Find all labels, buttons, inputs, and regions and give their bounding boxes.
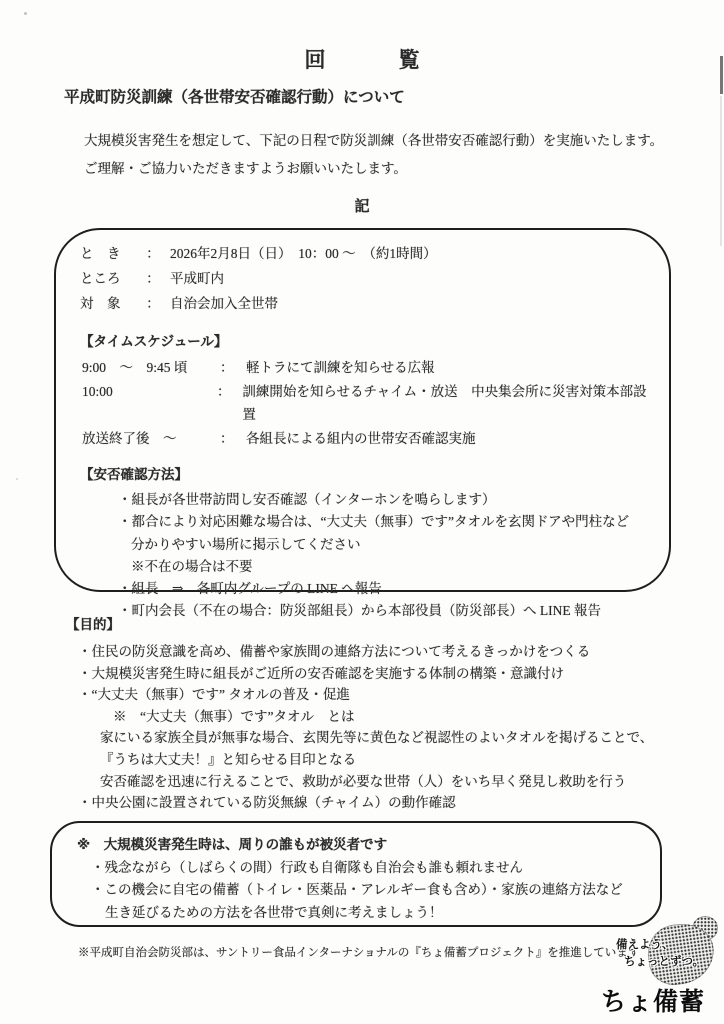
schedule-time: 9:00 ～ 9:45 頃 bbox=[82, 356, 220, 380]
warning-box: ※ 大規模災害発生時は、周りの誰もが被災者です ・残念ながら（しばらくの間）行政… bbox=[50, 821, 662, 927]
info-value: 自治会加入全世帯 bbox=[170, 291, 278, 316]
scan-artifact bbox=[720, 96, 722, 246]
schedule-row: 9:00 ～ 9:45 頃 ： 軽トラにて訓練を知らせる広報 bbox=[82, 356, 651, 380]
safety-check-line: 分かりやすい場所に掲示してください bbox=[118, 534, 651, 556]
purpose-line: ※ “大丈夫（無事）です”タオル とは bbox=[66, 706, 704, 728]
purpose-line: 安否確認を迅速に行えることで、救助が必要な世帯（人）をいち早く発見し救助を行う bbox=[66, 771, 704, 793]
time-schedule-heading: 【タイムスケジュール】 bbox=[80, 331, 651, 353]
schedule-colon: ： bbox=[220, 427, 246, 451]
record-marker: 記 bbox=[0, 195, 724, 216]
notice-subject: 平成町防災訓練（各世帯安否確認行動）について bbox=[64, 85, 405, 107]
purpose-section: 【目的】 ・住民の防災意識を高め、備蓄や家族間の連絡方法について考えるきっかけを… bbox=[66, 614, 704, 814]
purpose-heading: 【目的】 bbox=[66, 614, 704, 636]
warning-line: ・残念ながら（しばらくの間）行政も自衛隊も自治会も誰も頼れません bbox=[77, 857, 644, 880]
info-colon: ： bbox=[136, 291, 170, 316]
warning-line: ※ 大規模災害発生時は、周りの誰もが被災者です bbox=[77, 834, 644, 857]
safety-check-heading: 【安否確認方法】 bbox=[80, 464, 651, 486]
info-value: 2026年2月8日（日） 10：00 ～ （約1時間） bbox=[170, 241, 437, 266]
purpose-line: 家にいる家族全員が無事な場合、玄関先等に黄色など視認性のよいタオルを掲げることで… bbox=[66, 727, 704, 749]
safety-check-line: ・組長 ⇒ 各町内グループの LINE へ報告 bbox=[118, 578, 651, 600]
warning-line: 生き延びるための方法を各世帯で真剣に考えましょう！ bbox=[77, 902, 644, 925]
logo-tagline: ちょっとずつ。 bbox=[624, 953, 704, 969]
intro-line: 大規模災害発生を想定して、下記の日程で防災訓練（各世帯安否確認行動）を実施いたし… bbox=[84, 127, 696, 155]
scan-artifact bbox=[24, 12, 27, 15]
purpose-line: ・大規模災害発生時に組長がご近所の安否確認を実施する体制の構築・意識付け bbox=[66, 663, 704, 685]
scan-artifact bbox=[16, 478, 18, 480]
intro-line: ご理解・ご協力いただきますようお願いいたします。 bbox=[84, 155, 696, 183]
info-row-place: ところ ： 平成町内 bbox=[80, 266, 651, 291]
scanned-notice-page: 回 覧 平成町防災訓練（各世帯安否確認行動）について 大規模災害発生を想定して、… bbox=[0, 0, 724, 1024]
schedule-row: 10:00 ： 訓練開始を知らせるチャイム・放送 中央集会所に災害対策本部設置 bbox=[82, 380, 651, 427]
circulation-title: 回 覧 bbox=[0, 44, 724, 74]
logo-brand-name: ちょ備蓄 bbox=[601, 982, 705, 1018]
details-box: と き ： 2026年2月8日（日） 10：00 ～ （約1時間） ところ ： … bbox=[54, 228, 671, 592]
safety-check-line: ・都合により対応困難な場合は、“大丈夫（無事）です”タオルを玄関ドアや門柱など bbox=[118, 511, 651, 533]
purpose-line: 『うちは大丈夫！』と知らせる目印となる bbox=[66, 749, 704, 771]
schedule-row: 放送終了後 ～ ： 各組長による組内の世帯安否確認実施 bbox=[82, 427, 651, 451]
chobichiku-logo: 備えよう、 ちょっとずつ。 ちょ備蓄 bbox=[592, 916, 724, 1022]
footer-note: ※平成町自治会防災部は、サントリー食品インターナショナルの『ちょ備蓄プロジェクト… bbox=[78, 944, 639, 960]
info-row-target: 対 象 ： 自治会加入全世帯 bbox=[80, 291, 651, 316]
info-label: 対 象 bbox=[80, 291, 136, 316]
info-label: と き bbox=[80, 241, 136, 266]
safety-check-line: ・組長が各世帯訪問し安否確認（インターホンを鳴らします） bbox=[118, 489, 651, 511]
time-schedule-section: 【タイムスケジュール】 9:00 ～ 9:45 頃 ： 軽トラにて訓練を知らせる… bbox=[80, 331, 651, 450]
schedule-desc: 軽トラにて訓練を知らせる広報 bbox=[246, 356, 435, 380]
purpose-line: ・“大丈夫（無事）です” タオルの普及・促進 bbox=[66, 684, 704, 706]
purpose-line: ・住民の防災意識を高め、備蓄や家族間の連絡方法について考えるきっかけをつくる bbox=[66, 641, 704, 663]
schedule-time: 10:00 bbox=[82, 380, 217, 427]
info-colon: ： bbox=[136, 266, 170, 291]
warning-line: ・この機会に自宅の備蓄（トイレ・医薬品・アレルギー食も含め）・家族の連絡方法など bbox=[77, 879, 644, 902]
schedule-desc: 訓練開始を知らせるチャイム・放送 中央集会所に災害対策本部設置 bbox=[242, 380, 651, 427]
scan-artifact bbox=[720, 56, 723, 94]
info-value: 平成町内 bbox=[170, 266, 224, 291]
info-label: ところ bbox=[80, 266, 136, 291]
info-colon: ： bbox=[136, 241, 170, 266]
schedule-colon: ： bbox=[217, 380, 242, 427]
schedule-desc: 各組長による組内の世帯安否確認実施 bbox=[246, 427, 476, 451]
purpose-line: ・中央公園に設置されている防災無線（チャイム）の動作確認 bbox=[66, 792, 704, 814]
schedule-colon: ： bbox=[220, 356, 246, 380]
intro-paragraph: 大規模災害発生を想定して、下記の日程で防災訓練（各世帯安否確認行動）を実施いたし… bbox=[84, 127, 696, 183]
logo-tagline: 備えよう、 bbox=[616, 936, 674, 952]
safety-check-line: ※不在の場合は不要 bbox=[118, 556, 651, 578]
safety-check-section: 【安否確認方法】 ・組長が各世帯訪問し安否確認（インターホンを鳴らします） ・都… bbox=[80, 464, 651, 623]
info-row-date: と き ： 2026年2月8日（日） 10：00 ～ （約1時間） bbox=[80, 241, 651, 266]
schedule-time: 放送終了後 ～ bbox=[82, 427, 220, 451]
